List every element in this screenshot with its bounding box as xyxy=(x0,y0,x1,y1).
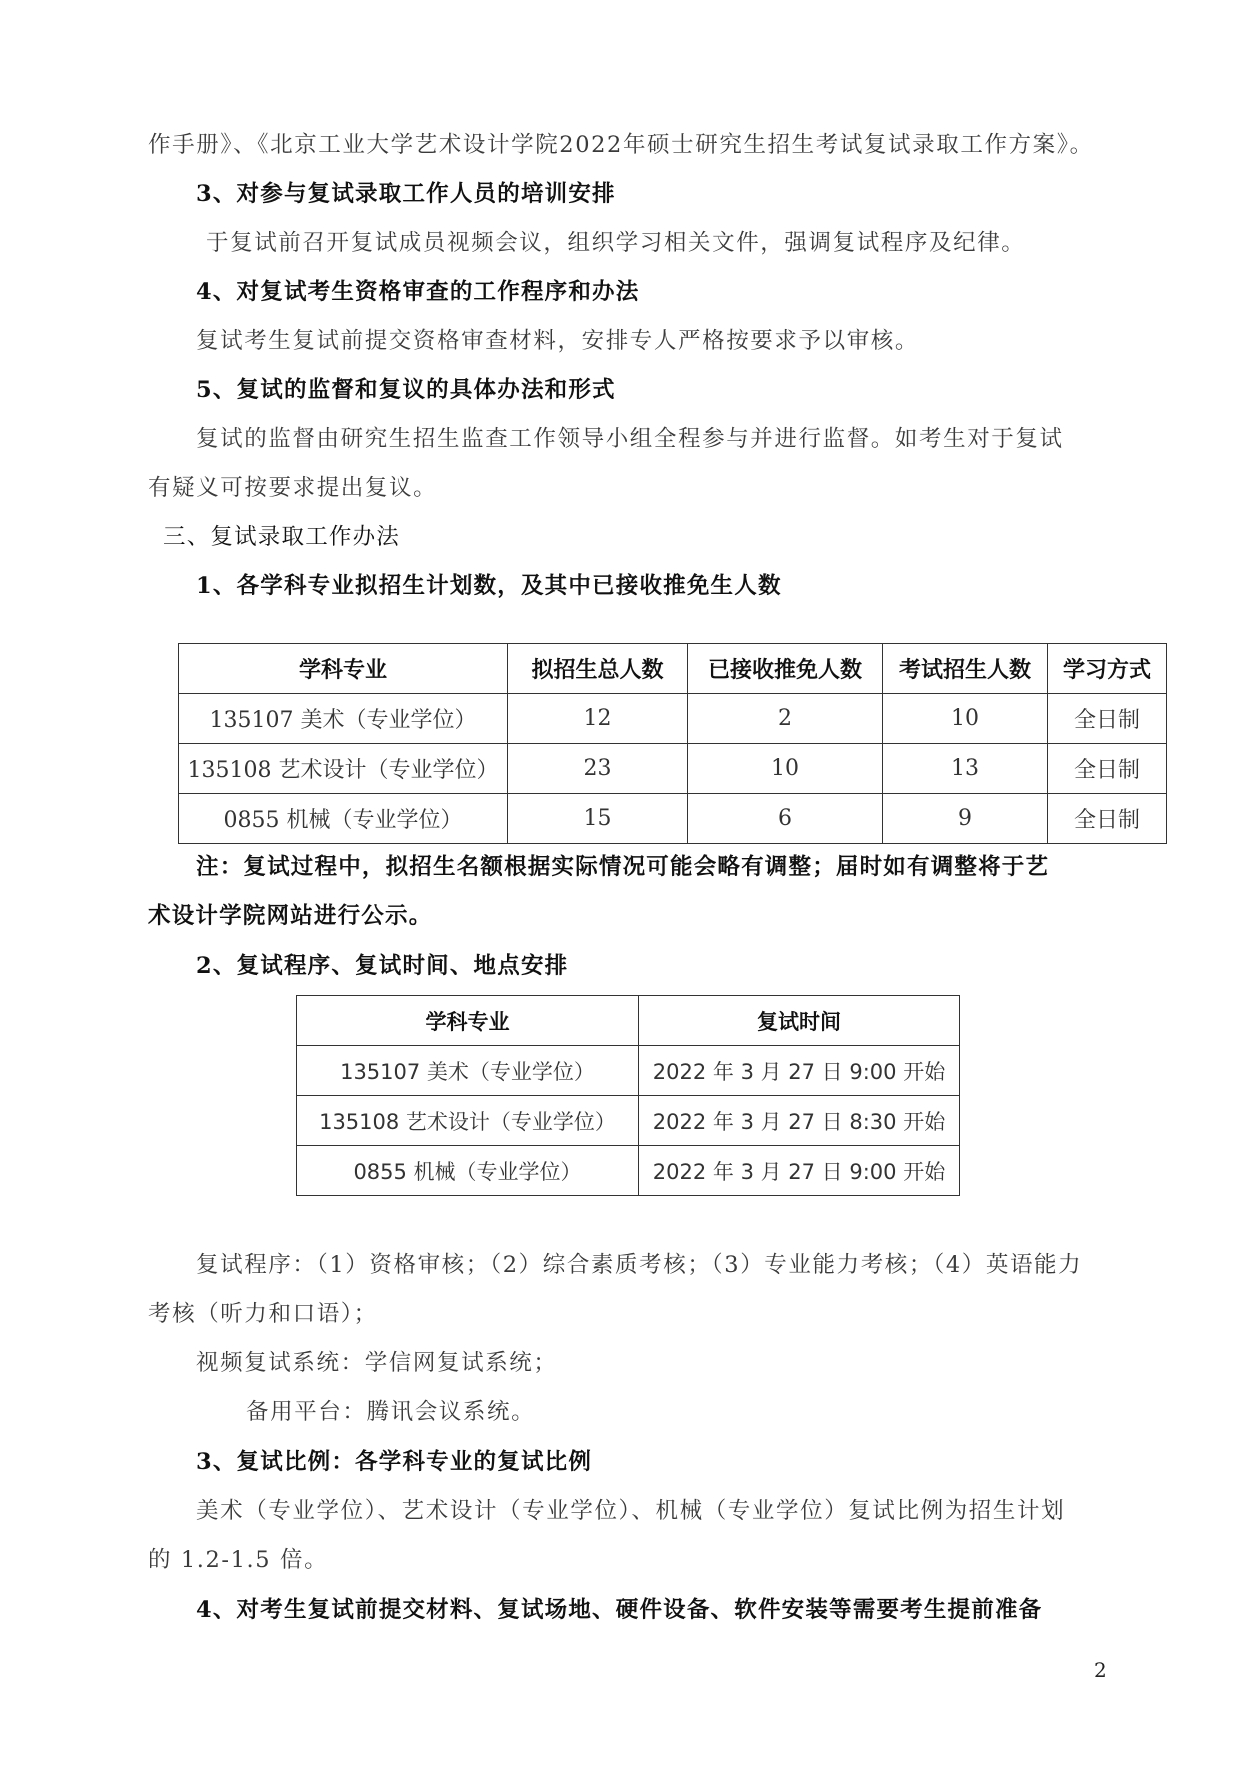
col-header-total: 拟招生总人数 xyxy=(508,644,688,694)
paragraph-supervision: 复试的监督由研究生招生监查工作领导小组全程参与并进行监督。如考生对于复试 xyxy=(196,424,1064,454)
ratio-line-2: 的 1.2-1.5 倍。 xyxy=(148,1545,328,1575)
cell-mode: 全日制 xyxy=(1048,744,1167,794)
col-header-major: 学科专业 xyxy=(179,644,508,694)
heading-qualification: 4、对复试考生资格审查的工作程序和办法 xyxy=(196,277,639,307)
cell-exam: 13 xyxy=(883,744,1048,794)
video-system: 视频复试系统：学信网复试系统； xyxy=(196,1348,558,1378)
cell-total: 12 xyxy=(508,694,688,744)
heading-preparation: 4、对考生复试前提交材料、复试场地、硬件设备、软件安装等需要考生提前准备 xyxy=(196,1595,1042,1625)
note-line-1: 注：复试过程中，拟招生名额根据实际情况可能会略有调整；届时如有调整将于艺 xyxy=(196,852,1049,882)
table-row: 135107 美术（专业学位） 12 2 10 全日制 xyxy=(179,694,1167,744)
cell-major: 135108 艺术设计（专业学位） xyxy=(297,1096,639,1146)
table-row: 135108 艺术设计（专业学位） 23 10 13 全日制 xyxy=(179,744,1167,794)
table-row: 135107 美术（专业学位） 2022 年 3 月 27 日 9:00 开始 xyxy=(297,1046,960,1096)
procedure-line-2: 考核（听力和口语）； xyxy=(148,1299,378,1329)
enrollment-plan-table: 学科专业 拟招生总人数 已接收推免人数 考试招生人数 学习方式 135107 美… xyxy=(178,643,1167,844)
backup-platform: 备用平台：腾讯会议系统。 xyxy=(246,1397,535,1427)
cell-time: 2022 年 3 月 27 日 9:00 开始 xyxy=(639,1046,960,1096)
paragraph-continuation: 作手册》、《北京工业大学艺术设计学院2022年硕士研究生招生考试复试录取工作方案… xyxy=(148,130,1094,160)
cell-major: 135107 美术（专业学位） xyxy=(297,1046,639,1096)
cell-exam: 9 xyxy=(883,794,1048,844)
cell-recommended: 6 xyxy=(688,794,883,844)
cell-major: 135107 美术（专业学位） xyxy=(179,694,508,744)
table-row: 0855 机械（专业学位） 15 6 9 全日制 xyxy=(179,794,1167,844)
cell-time: 2022 年 3 月 27 日 9:00 开始 xyxy=(639,1146,960,1196)
ratio-line-1: 美术（专业学位）、艺术设计（专业学位）、机械（专业学位）复试比例为招生计划 xyxy=(196,1496,1065,1526)
procedure-line-1: 复试程序：（1）资格审核；（2）综合素质考核；（3）专业能力考核；（4）英语能力 xyxy=(196,1250,1082,1280)
cell-total: 23 xyxy=(508,744,688,794)
cell-mode: 全日制 xyxy=(1048,794,1167,844)
heading-schedule: 2、复试程序、复试时间、地点安排 xyxy=(196,951,568,981)
heading-training: 3、对参与复试录取工作人员的培训安排 xyxy=(196,179,616,209)
col-header-mode: 学习方式 xyxy=(1048,644,1167,694)
note-line-2: 术设计学院网站进行公示。 xyxy=(148,901,432,931)
cell-major: 135108 艺术设计（专业学位） xyxy=(179,744,508,794)
heading-enrollment-plan: 1、各学科专业拟招生计划数，及其中已接收推免生人数 xyxy=(196,571,782,601)
cell-major: 0855 机械（专业学位） xyxy=(297,1146,639,1196)
page-number: 2 xyxy=(1094,1658,1107,1682)
table-header-row: 学科专业 拟招生总人数 已接收推免人数 考试招生人数 学习方式 xyxy=(179,644,1167,694)
cell-exam: 10 xyxy=(883,694,1048,744)
cell-total: 15 xyxy=(508,794,688,844)
paragraph-supervision-cont: 有疑义可按要求提出复议。 xyxy=(148,473,437,503)
paragraph-qualification: 复试考生复试前提交资格审查材料，安排专人严格按要求予以审核。 xyxy=(196,326,919,356)
cell-recommended: 10 xyxy=(688,744,883,794)
section-heading-3: 三、复试录取工作办法 xyxy=(163,522,400,552)
col-header-time: 复试时间 xyxy=(639,996,960,1046)
heading-supervision: 5、复试的监督和复议的具体办法和形式 xyxy=(196,375,616,405)
heading-ratio: 3、复试比例：各学科专业的复试比例 xyxy=(196,1447,592,1477)
cell-mode: 全日制 xyxy=(1048,694,1167,744)
col-header-major: 学科专业 xyxy=(297,996,639,1046)
interview-schedule-table: 学科专业 复试时间 135107 美术（专业学位） 2022 年 3 月 27 … xyxy=(296,995,960,1196)
cell-time: 2022 年 3 月 27 日 8:30 开始 xyxy=(639,1096,960,1146)
cell-major: 0855 机械（专业学位） xyxy=(179,794,508,844)
col-header-exam: 考试招生人数 xyxy=(883,644,1048,694)
table-row: 0855 机械（专业学位） 2022 年 3 月 27 日 9:00 开始 xyxy=(297,1146,960,1196)
cell-recommended: 2 xyxy=(688,694,883,744)
paragraph-training: 于复试前召开复试成员视频会议，组织学习相关文件，强调复试程序及纪律。 xyxy=(206,228,1025,258)
table-header-row: 学科专业 复试时间 xyxy=(297,996,960,1046)
col-header-recommended: 已接收推免人数 xyxy=(688,644,883,694)
table-row: 135108 艺术设计（专业学位） 2022 年 3 月 27 日 8:30 开… xyxy=(297,1096,960,1146)
